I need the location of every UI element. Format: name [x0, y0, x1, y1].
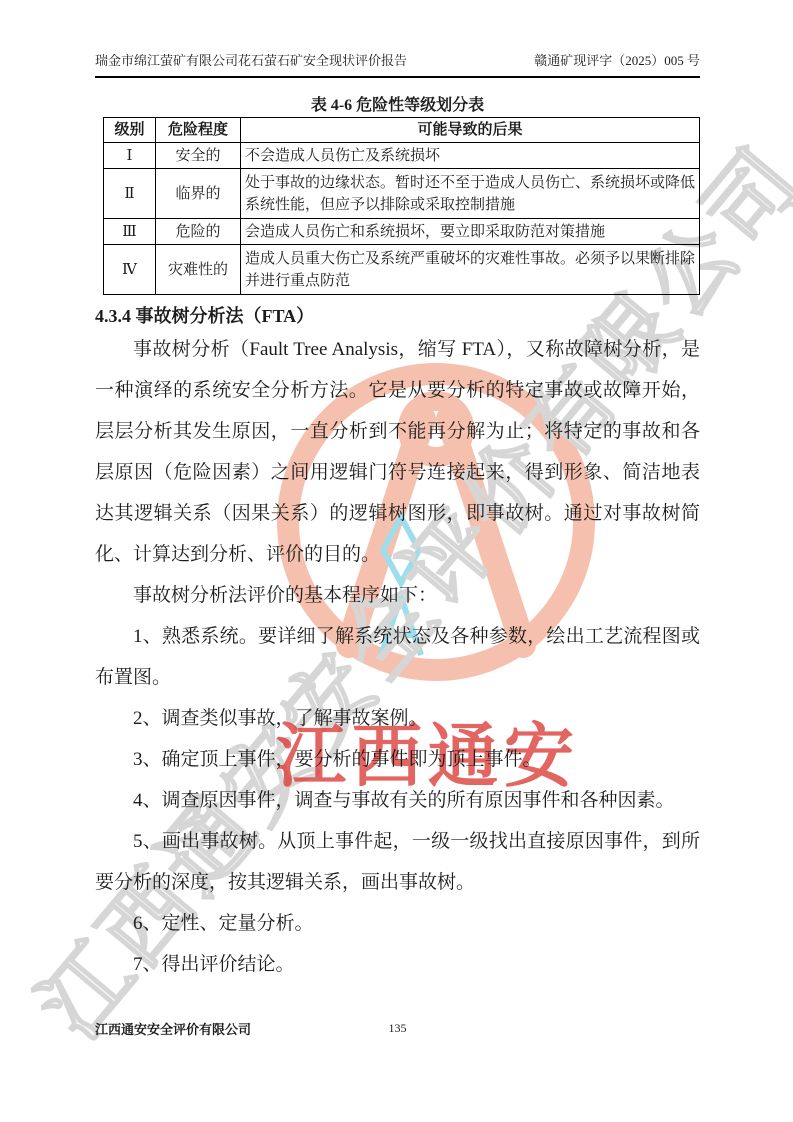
- table-row: Ⅲ 危险的 会造成人员伤亡和系统损坏，要立即采取防范对策措施: [104, 219, 700, 245]
- cell-degree: 临界的: [156, 169, 241, 219]
- list-item: 1、熟悉系统。要详细了解系统状态及各种参数，绘出工艺流程图或布置图。: [95, 616, 700, 698]
- col-header-level: 级别: [104, 118, 156, 143]
- list-item: 6、定性、定量分析。: [95, 903, 700, 944]
- document-page: 江西通安安全评价有限公司 江西通安 瑞金市绵江萤矿有限公司花石萤石矿安全现状评价…: [0, 0, 793, 1122]
- cell-level: Ⅳ: [104, 245, 156, 295]
- cell-degree: 安全的: [156, 143, 241, 169]
- cell-consequence: 处于事故的边缘状态。暂时还不至于造成人员伤亡、系统损坏或降低系统性能，但应予以排…: [241, 169, 700, 219]
- list-item: 7、得出评价结论。: [95, 944, 700, 985]
- section-heading: 4.3.4 事故树分析法（FTA）: [95, 303, 700, 329]
- page-footer: 江西通安安全评价有限公司 135: [95, 1019, 700, 1038]
- table-title: 表 4-6 危险性等级划分表: [95, 92, 700, 115]
- body-paragraph: 事故树分析法评价的基本程序如下：: [95, 575, 700, 616]
- page-header: 瑞金市绵江萤矿有限公司花石萤石矿安全现状评价报告 赣通矿现评字（2025）005…: [95, 52, 700, 78]
- list-item: 3、确定顶上事件，要分析的事件即为顶上事件。: [95, 739, 700, 780]
- page-number: 135: [95, 1021, 700, 1036]
- list-item: 5、画出事故树。从顶上事件起，一级一级找出直接原因事件，到所要分析的深度，按其逻…: [95, 821, 700, 903]
- list-item: 4、调查原因事件，调查与事故有关的所有原因事件和各种因素。: [95, 780, 700, 821]
- cell-consequence: 不会造成人员伤亡及系统损坏: [241, 143, 700, 169]
- header-report-title: 瑞金市绵江萤矿有限公司花石萤石矿安全现状评价报告: [95, 52, 407, 70]
- cell-consequence: 会造成人员伤亡和系统损坏，要立即采取防范对策措施: [241, 219, 700, 245]
- hazard-rank-table: 级别 危险程度 可能导致的后果 Ⅰ 安全的 不会造成人员伤亡及系统损坏 Ⅱ 临界…: [103, 117, 700, 295]
- cell-degree: 灾难性的: [156, 245, 241, 295]
- table-row: Ⅱ 临界的 处于事故的边缘状态。暂时还不至于造成人员伤亡、系统损坏或降低系统性能…: [104, 169, 700, 219]
- body-paragraph: 事故树分析（Fault Tree Analysis，缩写 FTA），又称故障树分…: [95, 329, 700, 575]
- col-header-consequence: 可能导致的后果: [241, 118, 700, 143]
- section-fta: 4.3.4 事故树分析法（FTA） 事故树分析（Fault Tree Analy…: [95, 303, 700, 985]
- list-item: 2、调查类似事故，了解事故案例。: [95, 698, 700, 739]
- cell-level: Ⅲ: [104, 219, 156, 245]
- cell-consequence: 造成人员重大伤亡及系统严重破坏的灾难性事故。必须予以果断排除并进行重点防范: [241, 245, 700, 295]
- page-content: 瑞金市绵江萤矿有限公司花石萤石矿安全现状评价报告 赣通矿现评字（2025）005…: [0, 0, 793, 1122]
- header-doc-number: 赣通矿现评字（2025）005 号: [534, 52, 700, 70]
- cell-level: Ⅱ: [104, 169, 156, 219]
- table-row: Ⅰ 安全的 不会造成人员伤亡及系统损坏: [104, 143, 700, 169]
- table-row: Ⅳ 灾难性的 造成人员重大伤亡及系统严重破坏的灾难性事故。必须予以果断排除并进行…: [104, 245, 700, 295]
- col-header-degree: 危险程度: [156, 118, 241, 143]
- cell-degree: 危险的: [156, 219, 241, 245]
- cell-level: Ⅰ: [104, 143, 156, 169]
- table-header-row: 级别 危险程度 可能导致的后果: [104, 118, 700, 143]
